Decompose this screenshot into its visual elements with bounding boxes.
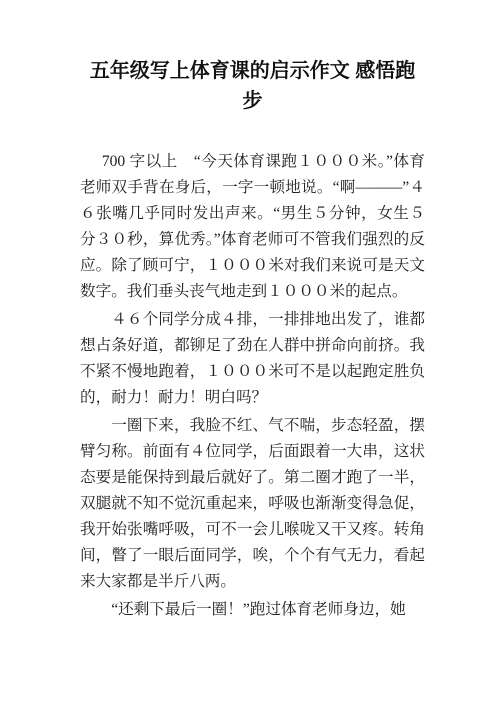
essay-paragraph: ４６个同学分成４排，一排排地出发了，谁都想占条好道，都铆足了劲在人群中拼命向前挤… — [80, 307, 425, 411]
document-page: 五年级写上体育课的启示作文 感悟跑步 700 字以上 “今天体育课跑１０００米。… — [0, 0, 500, 708]
essay-body: 700 字以上 “今天体育课跑１０００米。”体育老师双手背在身后，一字一顿地说。… — [80, 149, 425, 623]
essay-paragraph: 700 字以上 “今天体育课跑１０００米。”体育老师双手背在身后，一字一顿地说。… — [80, 149, 425, 305]
essay-paragraph: “还剩下最后一圈！”跑过体育老师身边，她 — [80, 597, 425, 623]
essay-paragraph: 一圈下来，我脸不红、气不喘，步态轻盈，摆臂匀称。前面有４位同学，后面跟着一大串，… — [80, 413, 425, 595]
page-title: 五年级写上体育课的启示作文 感悟跑步 — [80, 56, 425, 116]
